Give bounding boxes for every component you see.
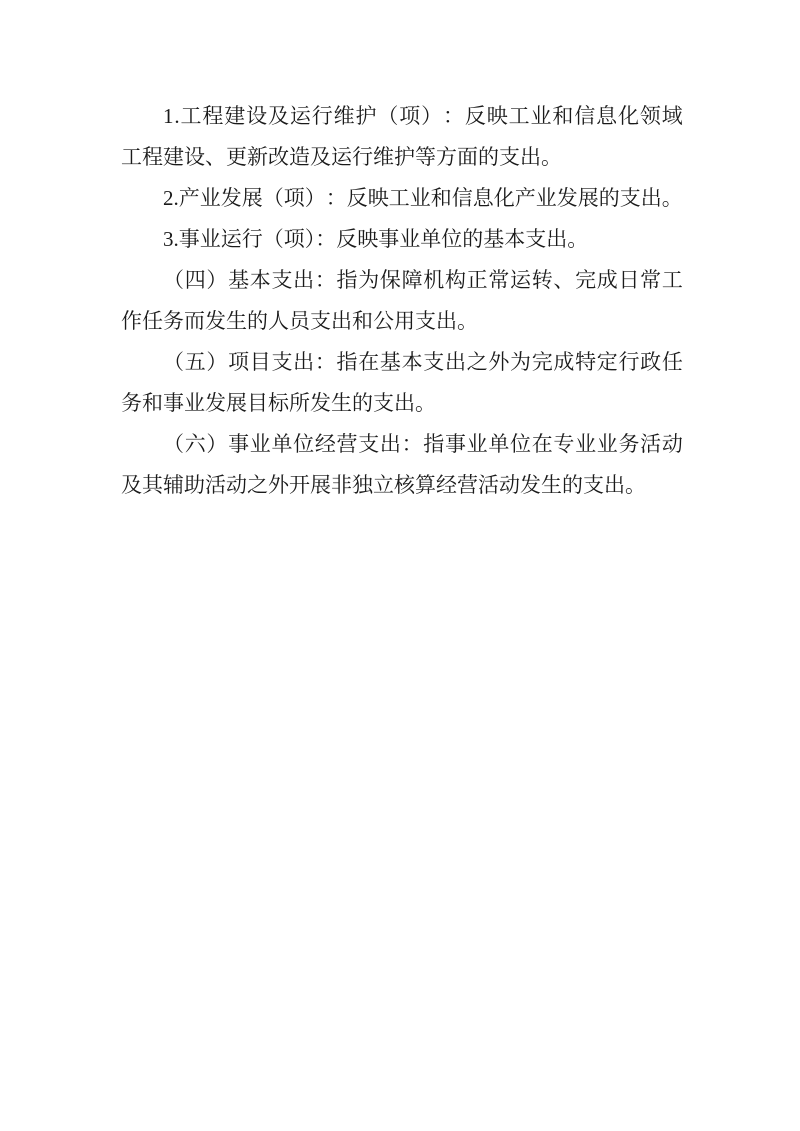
- document-text-block: 1.工程建设及运行维护（项）：反映工业和信息化领域 工程建设、更新改造及运行维护…: [121, 96, 683, 506]
- text-line: 工程建设、更新改造及运行维护等方面的支出。: [121, 137, 683, 178]
- text-line: （六）事业单位经营支出：指事业单位在专业业务活动: [121, 424, 683, 465]
- text-line: 1.工程建设及运行维护（项）：反映工业和信息化领域: [121, 96, 683, 137]
- text-line: （五）项目支出：指在基本支出之外为完成特定行政任: [121, 342, 683, 383]
- text-line: 作任务而发生的人员支出和公用支出。: [121, 301, 683, 342]
- text-line: （四）基本支出：指为保障机构正常运转、完成日常工: [121, 260, 683, 301]
- text-line: 务和事业发展目标所发生的支出。: [121, 383, 683, 424]
- text-line: 3.事业运行（项）：反映事业单位的基本支出。: [121, 219, 683, 260]
- text-line: 及其辅助活动之外开展非独立核算经营活动发生的支出。: [121, 465, 683, 506]
- text-line: 2.产业发展（项）：反映工业和信息化产业发展的支出。: [121, 178, 683, 219]
- document-page: 1.工程建设及运行维护（项）：反映工业和信息化领域 工程建设、更新改造及运行维护…: [0, 0, 800, 1131]
